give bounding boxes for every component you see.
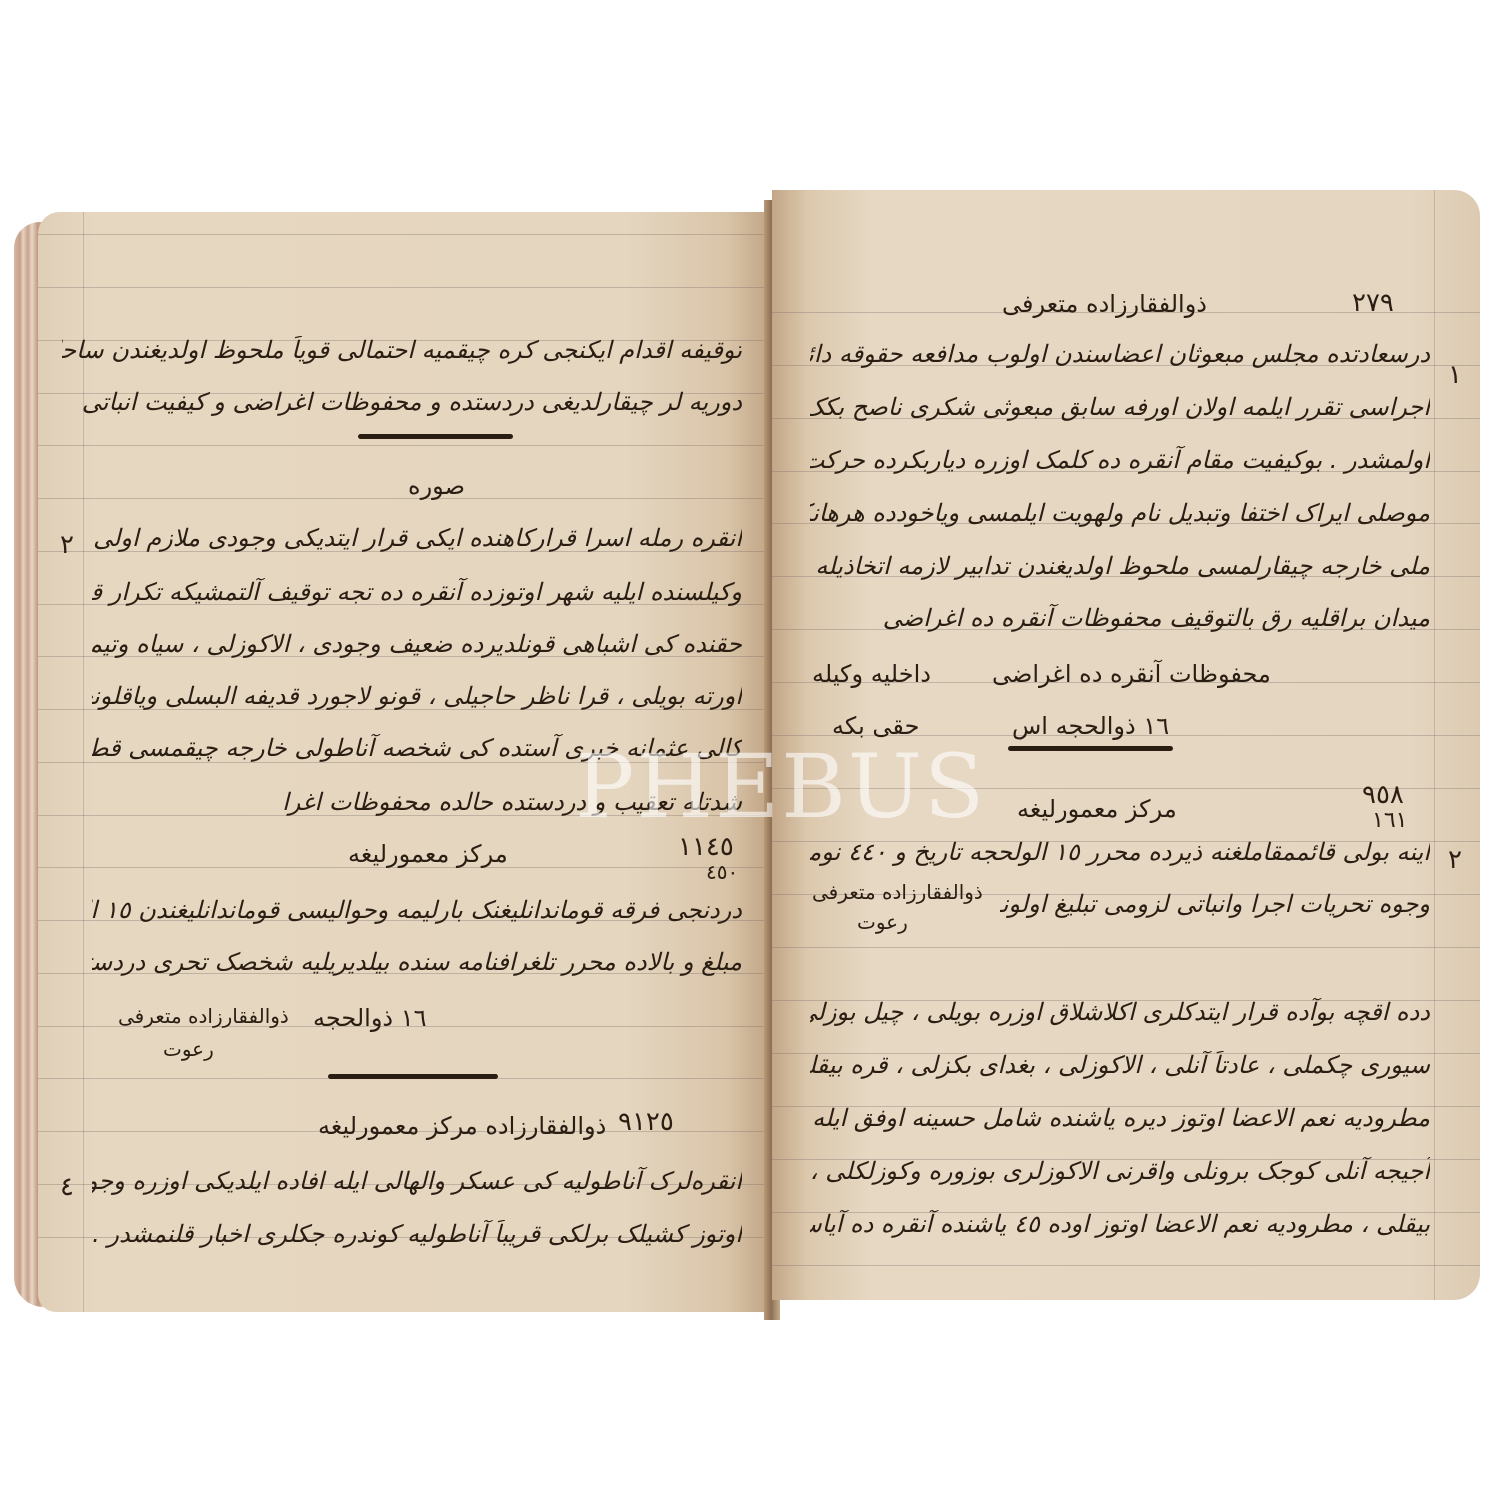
text-line: شدتله تعقیب و دردستده حالده محفوظات اغرا… xyxy=(282,788,742,816)
text-line: اولمشدر . بوکیفیت مقام آنقره ده کلمک اوز… xyxy=(810,446,1430,474)
page-number: ٢٧٩ xyxy=(1352,288,1394,318)
recipient-right: محفوظات آنقره ده اغراضی xyxy=(992,660,1271,688)
text-line: مطرودیه نعم الاعضا اوتوز دیره یاشنده شام… xyxy=(810,1104,1430,1132)
text-line: کالی عثمانه خبری آستده کی شخصه آناطولی خ… xyxy=(92,734,742,762)
text-line: سیوری چکملی ، عادتاً آنلی ، الاکوزلی ، ب… xyxy=(810,1051,1430,1079)
recipient-left: داخلیه وکیله xyxy=(812,660,931,688)
reference-number-sub: ١٦١ xyxy=(1372,808,1407,833)
reference-number: ١١٤٥ xyxy=(678,832,734,862)
ruled-line xyxy=(38,287,772,288)
right-page: ٢٧٩ ذوالفقارزاده متعرفی ١ درسعادتده مجلس… xyxy=(772,190,1480,1300)
ruled-line xyxy=(38,234,772,235)
text-line: بیقلی ، مطرودیه نعم الاعضا اوتوز اوده ٤٥… xyxy=(810,1210,1430,1238)
margin-line xyxy=(83,212,84,1312)
reference-number: ٩٥٨ xyxy=(1362,780,1404,810)
text-line: دوریه لر چیقارلدیغی دردستده و محفوظات اغ… xyxy=(82,388,742,416)
section-divider xyxy=(358,434,513,439)
signature-right: ١٦ ذوالحجه اس xyxy=(1012,712,1169,740)
signature-left: حقی بکه xyxy=(832,712,919,740)
text-line: دردنجی فرقه قوماندانلیغنک بارلیمه وحوالی… xyxy=(92,896,742,924)
marginal-number: ٢ xyxy=(1448,845,1462,875)
marginal-number: ٤ xyxy=(60,1172,74,1202)
margin-line xyxy=(1434,190,1435,1300)
marginal-number: ١ xyxy=(1448,360,1462,390)
text-line: میدان براقلیه رق بالتوقیف محفوظات آنقره … xyxy=(810,604,1430,632)
section-divider xyxy=(328,1074,498,1079)
section-heading: صوره xyxy=(408,472,465,500)
ruled-line xyxy=(38,498,772,499)
reference-number: ٩١٢٥ xyxy=(618,1107,674,1137)
ruled-line xyxy=(772,947,1480,948)
text-line: مبلغ و بالاده محرر تلغرافنامه سنده بیلدی… xyxy=(92,948,742,976)
section-heading: مرکز معمورلیغه xyxy=(1017,795,1177,823)
text-line: دده اقچه بوآده قرار ایتدکلری اکلاشلاق او… xyxy=(810,998,1430,1026)
signature-sub: رعوت xyxy=(857,910,908,934)
ruled-line xyxy=(38,762,772,763)
ruled-line xyxy=(38,445,772,446)
marginal-number: ٢ xyxy=(60,530,74,560)
text-line: درسعادتده مجلس مبعوثان اعضاسندن اولوب مد… xyxy=(810,340,1430,368)
signature-sub: رعوت xyxy=(163,1037,214,1061)
left-page: توقیفه اقدام ایکنجی کره چیقمیه احتمالی ق… xyxy=(38,212,772,1312)
text-line: حقنده کی اشباهی قونلدیرده ضعیف وجودی ، ا… xyxy=(92,630,742,658)
text-line: انقره رمله اسرا قرارکاهنده ایکی قرار ایت… xyxy=(92,524,742,552)
section-heading: مرکز معمورلیغه xyxy=(348,840,508,868)
text-line: اینه بولی قائممقاملغنه ذیرده محرر ١٥ الو… xyxy=(810,838,1430,866)
text-line: وجوه تحریات اجرا وانباتی لزومی تبلیغ اول… xyxy=(1000,890,1430,918)
signature-name: ذوالفقارزاده متعرفی xyxy=(812,880,983,904)
text-line: موصلی ایراک اختفا وتبدیل نام ولهویت ایلم… xyxy=(810,499,1430,527)
reference-number-sub: ٤٥٠ xyxy=(706,860,738,884)
ruled-line xyxy=(772,1265,1480,1266)
text-line: اجراسی تقرر ایلمه اولان اورفه سابق مبعوث… xyxy=(810,393,1430,421)
signature-date: ١٦ ذوالحجه xyxy=(313,1004,427,1032)
text-line: توقیفه اقدام ایکنجی کره چیقمیه احتمالی ق… xyxy=(62,336,742,364)
text-line: ملی خارجه چیقارلمسی ملحوظ اولدیغندن تداب… xyxy=(810,552,1430,580)
page-header-title: ذوالفقارزاده متعرفی xyxy=(1002,290,1207,318)
open-notebook: توقیفه اقدام ایکنجی کره چیقمیه احتمالی ق… xyxy=(0,0,1500,1500)
text-line: اورته بویلی ، قرا ناظر حاجیلی ، قونو لاج… xyxy=(92,682,742,710)
text-line: آجیجه آنلی کوجک برونلی واقرنی الاکوزلری … xyxy=(810,1157,1430,1185)
text-line: انقره‌لرک آناطولیه کی عسکر والهالی ایله … xyxy=(92,1167,742,1195)
signature-name: ذوالفقارزاده متعرفی xyxy=(118,1004,289,1028)
text-line: اوتوز کشیلک برلکی قریباً آناطولیه کوندره… xyxy=(92,1220,742,1248)
section-divider xyxy=(1008,746,1173,751)
text-line: وکیلسنده ایلیه شهر اوتوزده آنقره ده تجه … xyxy=(92,578,742,606)
section-heading: ذوالفقارزاده مرکز معمورلیغه xyxy=(318,1112,606,1140)
